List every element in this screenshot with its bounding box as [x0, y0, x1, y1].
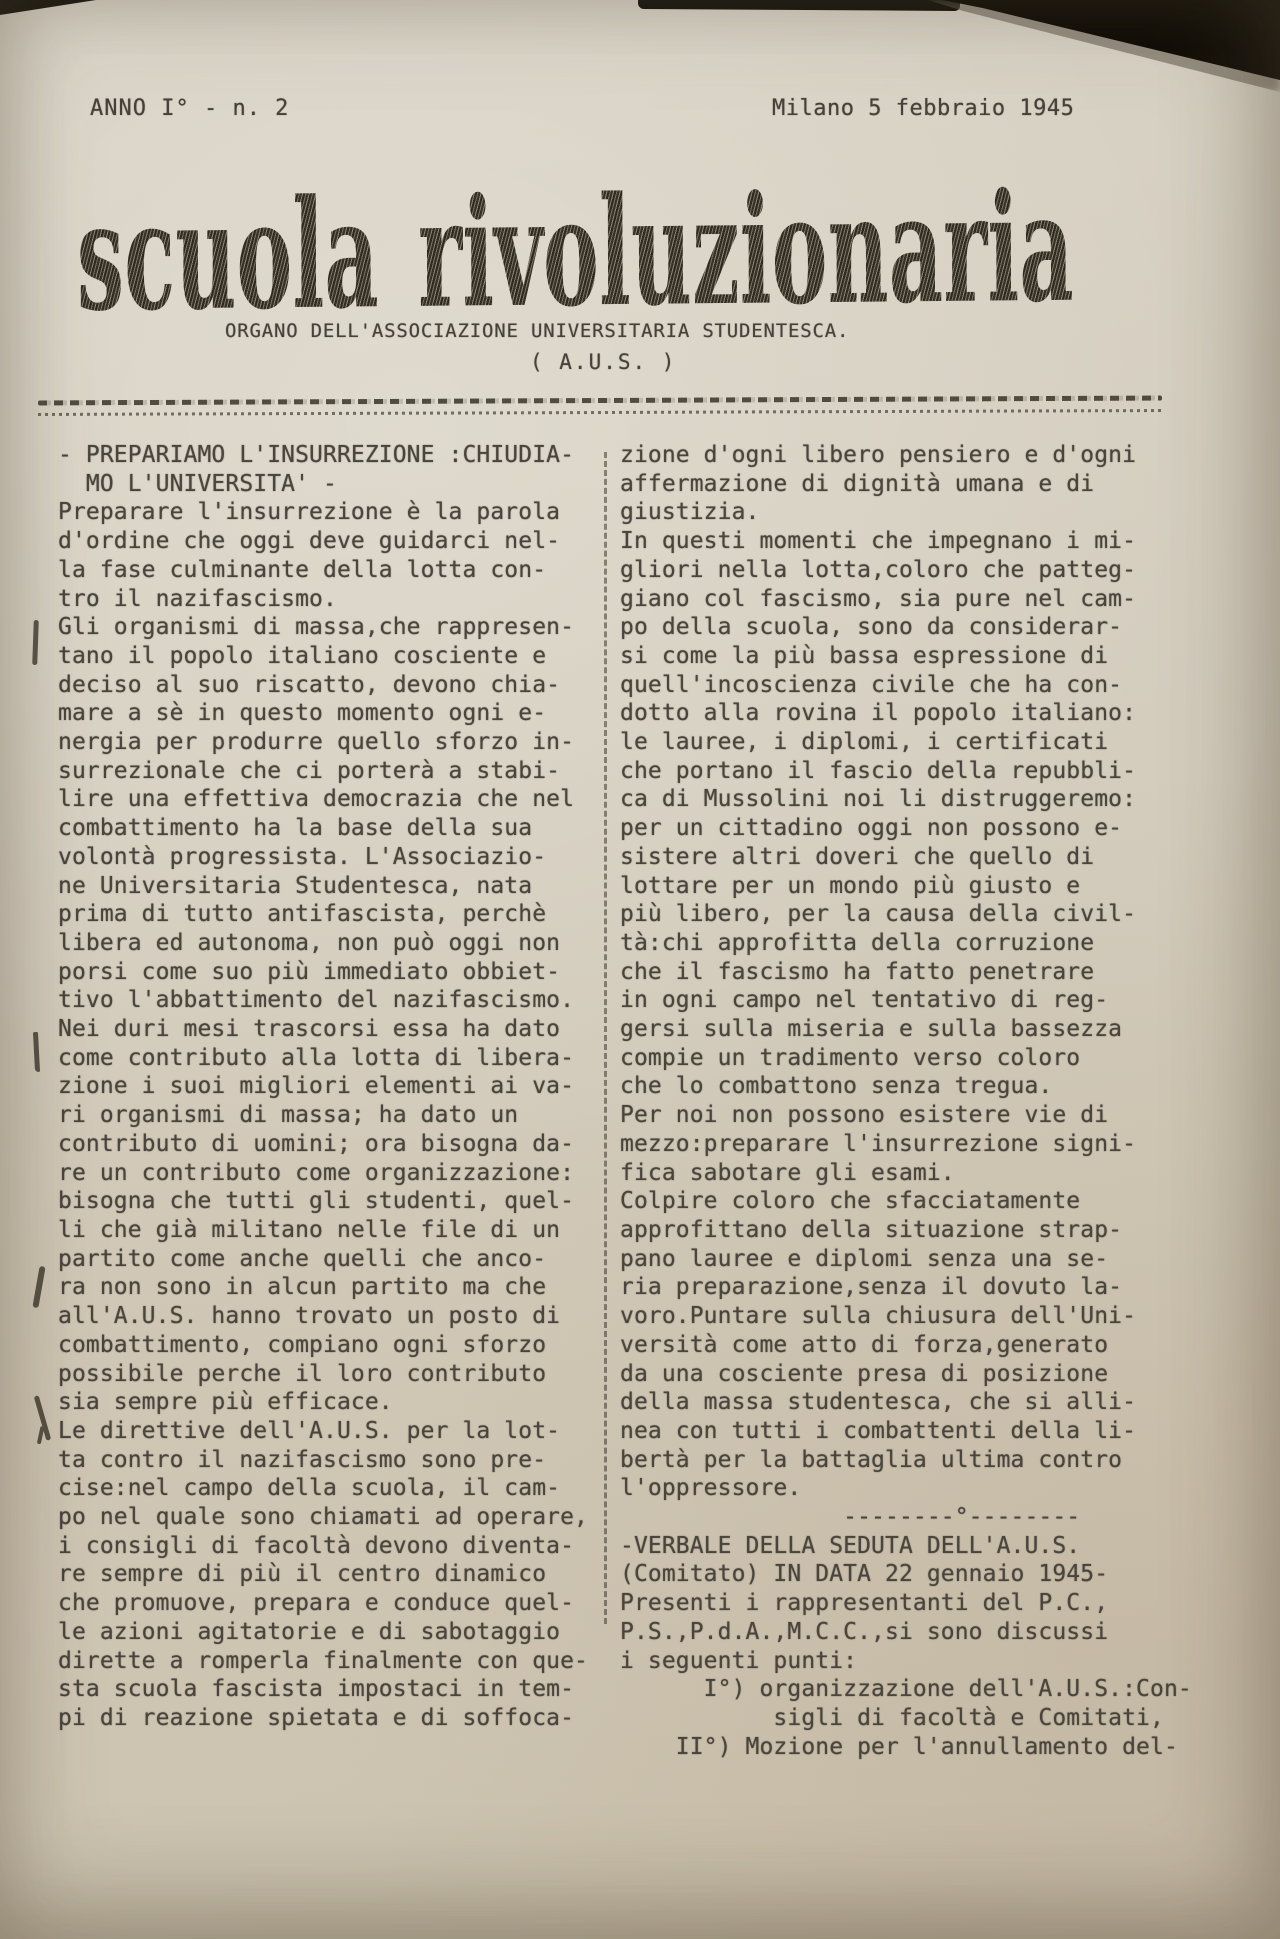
- masthead-subtitle: ORGANO DELL'ASSOCIAZIONE UNIVERSITARIA S…: [225, 320, 849, 342]
- masthead-divider-row-1: [38, 396, 1162, 406]
- article-column-left: - PREPARIAMO L'INSURREZIONE :CHIUDIA- MO…: [58, 441, 588, 1733]
- margin-ink-mark: [33, 1032, 40, 1072]
- article-column-right: zione d'ogni libero pensiero e d'ogni af…: [620, 441, 1192, 1761]
- margin-ink-mark: [32, 1266, 45, 1308]
- newspaper-title: scuola rivoluzionaria: [55, 173, 1095, 332]
- masthead-org-abbreviation: ( A.U.S. ): [530, 350, 676, 374]
- column-divider: [604, 452, 607, 1624]
- margin-ink-mark: [34, 1395, 51, 1441]
- photo-corner-top-left: [0, 0, 96, 15]
- photo-edge-top-strip: [638, 0, 960, 11]
- masthead-dateline: Milano 5 febbraio 1945: [772, 96, 1074, 121]
- document-page: ANNO I° - n. 2 Milano 5 febbraio 1945 sc…: [0, 0, 1280, 1939]
- masthead-divider: [38, 398, 1162, 426]
- margin-ink-mark: [32, 620, 39, 665]
- masthead-divider-row-2: [38, 409, 1162, 416]
- masthead-issue: ANNO I° - n. 2: [90, 96, 289, 121]
